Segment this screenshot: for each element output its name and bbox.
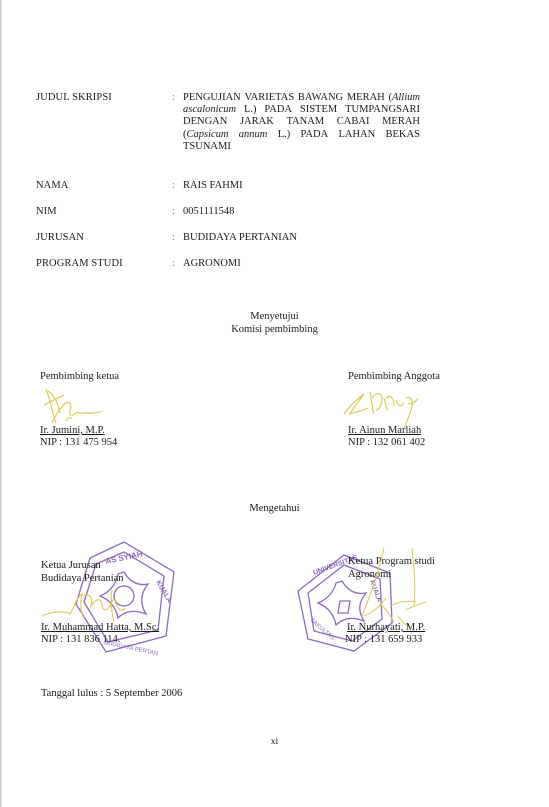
svg-text:KUALA: KUALA <box>154 580 172 605</box>
field-label-jurusan: JURUSAN <box>36 232 84 243</box>
field-label-nim: NIM <box>36 206 57 217</box>
signature-icon <box>42 385 104 427</box>
colon: : <box>172 92 175 103</box>
colon: : <box>172 206 175 217</box>
thesis-title-word: L.) <box>244 104 257 116</box>
thesis-title-line: DENGANJARAKTANAMCABAIMERAH <box>183 116 420 128</box>
thesis-title-line: (CapsicumannumL.)PADALAHANBEKAS <box>183 129 420 141</box>
head-role-line2: Budidaya Pertanian <box>41 573 124 584</box>
head-role-line1: Ketua Jurusan <box>41 560 101 571</box>
approval-heading: Menyetujui <box>0 311 549 322</box>
head-role-line1: Ketua Program studi <box>348 556 435 567</box>
thesis-title-word: PADA <box>301 129 329 141</box>
signature-icon <box>40 582 140 624</box>
thesis-title-word: MERAH <box>347 92 385 104</box>
colon: : <box>172 232 175 243</box>
page-number: xi <box>0 737 549 747</box>
supervisor-nip: NIP : 131 475 954 <box>40 437 117 448</box>
field-value-jurusan: BUDIDAYA PERTANIAN <box>183 232 297 243</box>
thesis-title-label: JUDUL SKRIPSI <box>36 92 112 103</box>
field-value-nim: 0051111548 <box>183 206 234 217</box>
thesis-title-word: SISTEM <box>300 104 337 116</box>
supervisor-name: Ir. Jumini, M.P. <box>40 425 105 436</box>
signature-icon <box>342 384 424 430</box>
colon: : <box>172 180 175 191</box>
thesis-title-word: (Capsicum <box>183 129 229 141</box>
supervisor-role: Pembimbing ketua <box>40 371 119 382</box>
thesis-title-word: LAHAN <box>338 129 375 141</box>
svg-text:FAKULTAS: FAKULTAS <box>309 618 336 642</box>
head-nip: NIP : 131 836 114. <box>41 634 120 645</box>
thesis-title-word: (Allium <box>388 92 420 104</box>
thesis-title-word: JARAK <box>240 116 274 128</box>
thesis-title-word: VARIETAS <box>244 92 294 104</box>
acknowledged-heading: Mengetahui <box>0 503 549 514</box>
thesis-title-word: L.) <box>278 129 291 141</box>
thesis-title-word: MERAH <box>382 116 420 128</box>
field-label-program-studi: PROGRAM STUDI <box>36 258 123 269</box>
field-label-nama: NAMA <box>36 180 69 191</box>
supervisor-nip: NIP : 132 061 402 <box>348 437 425 448</box>
thesis-title-word: TSUNAMI <box>183 141 231 152</box>
thesis-title-word: DENGAN <box>183 116 227 128</box>
head-nip: NIP : 131 659 933 <box>345 634 422 645</box>
thesis-title-word: PENGUJIAN <box>183 92 241 104</box>
thesis-title-word: TANAM <box>286 116 324 128</box>
head-role-line2: Agronomi <box>348 569 391 580</box>
svg-text:KUALA: KUALA <box>368 579 382 603</box>
approval-subheading: Komisi pembimbing <box>0 324 549 335</box>
thesis-title: PENGUJIANVARIETASBAWANGMERAH(Alliumascal… <box>183 92 420 153</box>
head-name: Ir. Muhammad Hatta, M.Sc. <box>41 622 159 633</box>
svg-text:AS SYIAH: AS SYIAH <box>105 549 144 566</box>
supervisor-role: Pembimbing Anggota <box>348 371 440 382</box>
field-value-nama: RAIS FAHMI <box>183 180 243 191</box>
page-edge <box>0 0 2 807</box>
field-value-program-studi: AGRONOMI <box>183 258 241 269</box>
thesis-title-word: CABAI <box>337 116 370 128</box>
thesis-title-word: TUMPANGSARI <box>345 104 420 116</box>
thesis-title-line: ascalonicumL.)PADASISTEMTUMPANGSARI <box>183 104 420 116</box>
colon: : <box>172 258 175 269</box>
thesis-title-word: PADA <box>264 104 292 116</box>
thesis-title-line: PENGUJIANVARIETASBAWANGMERAH(Allium <box>183 92 420 104</box>
thesis-title-word: ascalonicum <box>183 104 236 116</box>
thesis-title-word: BEKAS <box>386 129 420 141</box>
thesis-title-word: annum <box>239 129 268 141</box>
thesis-title-line: TSUNAMI <box>183 141 420 153</box>
graduation-date: Tanggal lulus : 5 September 2006 <box>41 688 182 699</box>
head-name: Ir. Nurhayati, M.P. <box>347 622 425 633</box>
thesis-title-word: BAWANG <box>298 92 343 104</box>
supervisor-name: Ir. Ainun Marliah <box>348 425 421 436</box>
